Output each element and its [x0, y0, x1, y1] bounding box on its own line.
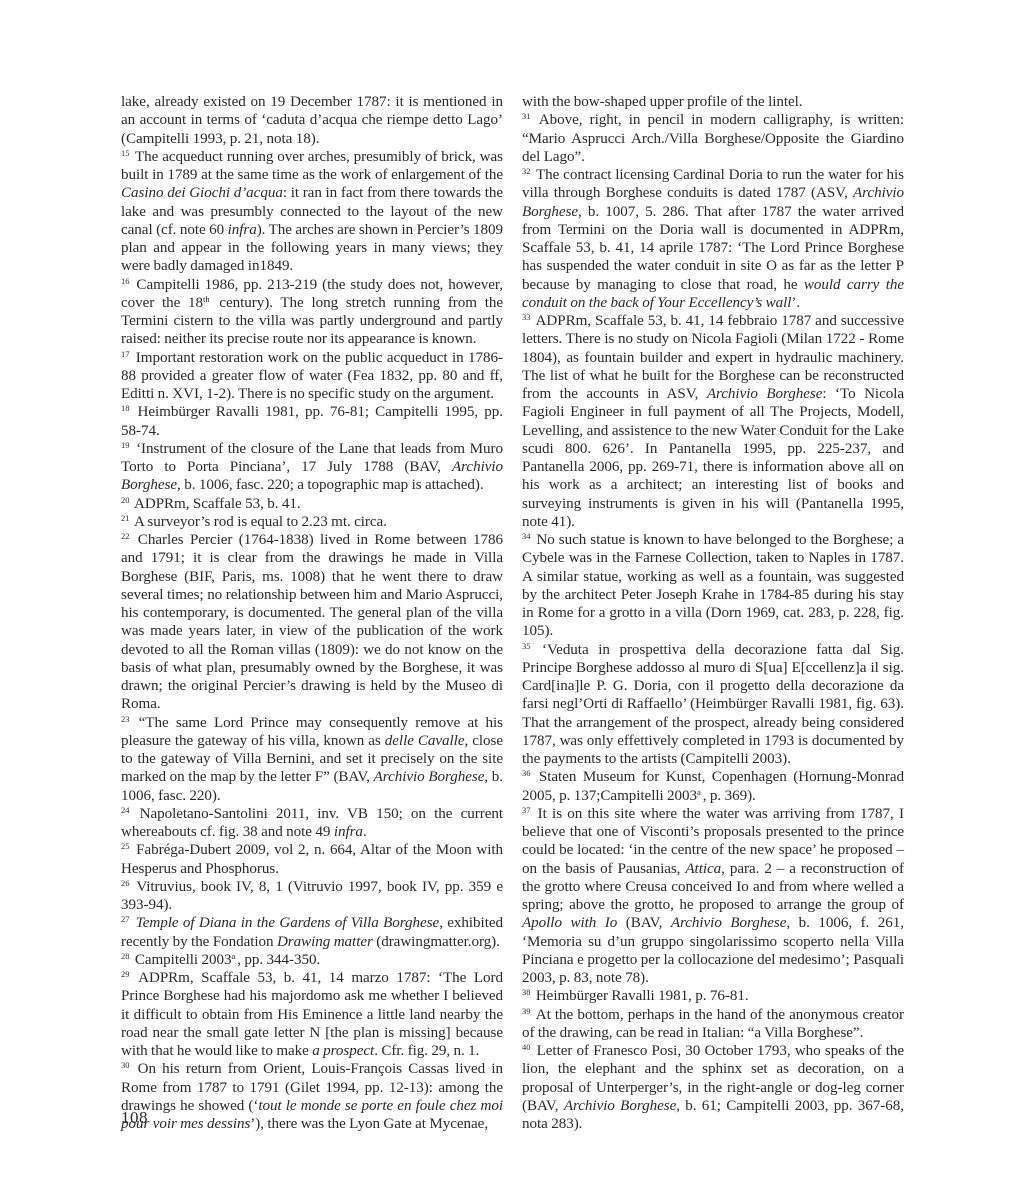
- footnote-text: , pp. 344-350.: [237, 952, 320, 968]
- italic-text: Apollo with Io: [522, 915, 617, 931]
- left-footnote-column: lake, already existed on 19 December 178…: [121, 93, 503, 1133]
- footnote-text: (drawingmatter.org).: [373, 934, 500, 950]
- footnote-number: 33: [522, 312, 530, 322]
- footnote-text: ’), there was the Lyon Gate at Mycenae,: [250, 1116, 488, 1132]
- footnote-number: 22: [121, 531, 129, 541]
- footnote-number: 27: [121, 914, 129, 924]
- italic-text: Archivio Borghese: [564, 1098, 676, 1114]
- footnote-number: 28: [121, 951, 129, 961]
- footnote-text: Heimbürger Ravalli 1981, p. 76-81.: [532, 988, 748, 1004]
- footnote-continuation: lake, already existed on 19 December 178…: [121, 93, 503, 148]
- footnote-40: 40 Letter of Franesco Posi, 30 October 1…: [522, 1042, 904, 1133]
- footnote-text: The acqueduct running over arches, presu…: [121, 149, 503, 183]
- italic-text: infra: [228, 222, 257, 238]
- footnote-text: . Cfr. fig. 29, n. 1.: [374, 1043, 479, 1059]
- footnote-number: 21: [121, 513, 129, 523]
- footnote-number: 31: [522, 111, 530, 121]
- footnote-text: , b. 1006, fasc. 220; a topographic map …: [177, 477, 484, 493]
- italic-text: Temple of Diana in the Gardens of Villa …: [136, 915, 439, 931]
- footnote-24: 24 Napoletano-Santolini 2011, inv. VB 15…: [121, 805, 503, 842]
- italic-text: Archivio Borghese: [707, 386, 823, 402]
- footnote-32: 32 The contract licensing Cardinal Doria…: [522, 166, 904, 312]
- document-page: lake, already existed on 19 December 178…: [0, 0, 1024, 1191]
- footnote-number: 20: [121, 495, 129, 505]
- footnote-39: 39 At the bottom, perhaps in the hand of…: [522, 1006, 904, 1043]
- footnote-38: 38 Heimbürger Ravalli 1981, p. 76-81.: [522, 987, 904, 1005]
- footnote-number: 16: [121, 276, 129, 286]
- footnote-text: Napoletano-Santolini 2011, inv. VB 150; …: [121, 806, 503, 840]
- italic-text: infra: [334, 824, 363, 840]
- footnote-text: ‘Instrument of the closure of the Lane t…: [121, 441, 503, 475]
- footnote-number: 24: [121, 805, 129, 815]
- footnote-text: Heimbürger Ravalli 1981, pp. 76-81; Camp…: [121, 404, 503, 438]
- footnote-text: The contract licensing Cardinal Doria to…: [522, 167, 904, 201]
- footnote-number: 36: [522, 768, 530, 778]
- footnote-27: 27 Temple of Diana in the Gardens of Vil…: [121, 914, 503, 951]
- footnote-text: Charles Percier (1764-1838) lived in Rom…: [121, 532, 503, 712]
- italic-text: a prospect: [312, 1043, 374, 1059]
- footnote-number: 32: [522, 166, 530, 176]
- footnote-35: 35 ‘Veduta in prospettiva della decorazi…: [522, 641, 904, 769]
- italic-text: Casino dei Giochi d’acqua: [121, 185, 283, 201]
- footnote-34: 34 No such statue is known to have belon…: [522, 531, 904, 641]
- footnote-text: Important restoration work on the public…: [121, 350, 503, 403]
- italic-text: delle Cavalle: [385, 733, 465, 749]
- footnote-text: , p. 369).: [703, 788, 756, 804]
- footnote-number: 35: [522, 641, 530, 651]
- footnote-29: 29 ADPRm, Scaffale 53, b. 41, 14 marzo 1…: [121, 969, 503, 1060]
- footnote-37: 37 It is on this site where the water wa…: [522, 805, 904, 988]
- footnote-20: 20 ADPRm, Scaffale 53, b. 41.: [121, 495, 503, 513]
- footnote-text: lake, already existed on 19 December 178…: [121, 94, 503, 147]
- footnote-text: : ‘To Nicola Fagioli Engineer in full pa…: [522, 386, 904, 530]
- footnote-26: 26 Vitruvius, book IV, 8, 1 (Vitruvio 19…: [121, 878, 503, 915]
- page-number: 108: [121, 1108, 148, 1128]
- italic-text: Attica: [685, 861, 721, 877]
- footnote-text: A surveyor’s rod is equal to 2.23 mt. ci…: [131, 514, 387, 530]
- footnote-17: 17 Important restoration work on the pub…: [121, 349, 503, 404]
- right-footnote-column: with the bow-shaped upper profile of the…: [522, 93, 904, 1133]
- footnote-15: 15 The acqueduct running over arches, pr…: [121, 148, 503, 276]
- footnote-number: 29: [121, 969, 129, 979]
- footnote-22: 22 Charles Percier (1764-1838) lived in …: [121, 531, 503, 714]
- footnote-text: No such statue is known to have belonged…: [522, 532, 904, 639]
- footnote-16: 16 Campitelli 1986, pp. 213-219 (the stu…: [121, 276, 503, 349]
- footnote-25: 25 Fabréga-Dubert 2009, vol 2, n. 664, A…: [121, 841, 503, 878]
- footnote-number: 26: [121, 878, 129, 888]
- footnote-text: .: [363, 824, 367, 840]
- footnote-36: 36 Staten Museum for Kunst, Copenhagen (…: [522, 768, 904, 805]
- footnote-21: 21 A surveyor’s rod is equal to 2.23 mt.…: [121, 513, 503, 531]
- footnote-number: 17: [121, 349, 129, 359]
- footnote-28: 28 Campitelli 2003a, pp. 344-350.: [121, 951, 503, 969]
- footnote-number: 18: [121, 403, 129, 413]
- italic-text: Archivio Borghese: [671, 915, 787, 931]
- footnote-text: ‘Veduta in prospettiva della decorazione…: [522, 642, 904, 768]
- superscript: th: [203, 294, 210, 304]
- footnote-text: At the bottom, perhaps in the hand of th…: [522, 1007, 904, 1041]
- footnote-30: 30 On his return from Orient, Louis-Fran…: [121, 1060, 503, 1133]
- footnote-number: 34: [522, 531, 530, 541]
- footnote-number: 30: [121, 1060, 129, 1070]
- footnote-number: 19: [121, 440, 129, 450]
- footnote-18: 18 Heimbürger Ravalli 1981, pp. 76-81; C…: [121, 403, 503, 440]
- superscript: a: [697, 787, 701, 797]
- footnote-number: 23: [121, 714, 129, 724]
- footnote-33: 33 ADPRm, Scaffale 53, b. 41, 14 febbrai…: [522, 312, 904, 531]
- footnote-number: 15: [121, 148, 129, 158]
- footnote-31: 31 Above, right, in pencil in modern cal…: [522, 111, 904, 166]
- footnote-text: ’.: [791, 295, 800, 311]
- footnote-text: Campitelli 2003: [131, 952, 231, 968]
- italic-text: Archivio Borghese: [374, 769, 485, 785]
- footnote-text: Fabréga-Dubert 2009, vol 2, n. 664, Alta…: [121, 842, 503, 876]
- footnote-number: 39: [522, 1006, 530, 1016]
- footnote-number: 37: [522, 805, 530, 815]
- footnote-text: ADPRm, Scaffale 53, b. 41.: [131, 496, 300, 512]
- footnote-text: with the bow-shaped upper profile of the…: [522, 94, 803, 110]
- superscript: a: [231, 951, 235, 961]
- footnote-text: Above, right, in pencil in modern callig…: [522, 112, 904, 165]
- footnote-text: Vitruvius, book IV, 8, 1 (Vitruvio 1997,…: [121, 879, 503, 913]
- italic-text: Drawing matter: [277, 934, 373, 950]
- footnote-continuation: with the bow-shaped upper profile of the…: [522, 93, 904, 111]
- footnote-number: 38: [522, 987, 530, 997]
- footnote-text: (BAV,: [617, 915, 671, 931]
- footnote-number: 25: [121, 841, 129, 851]
- footnote-number: 40: [522, 1042, 530, 1052]
- footnote-19: 19 ‘Instrument of the closure of the Lan…: [121, 440, 503, 495]
- footnote-23: 23 “The same Lord Prince may consequentl…: [121, 714, 503, 805]
